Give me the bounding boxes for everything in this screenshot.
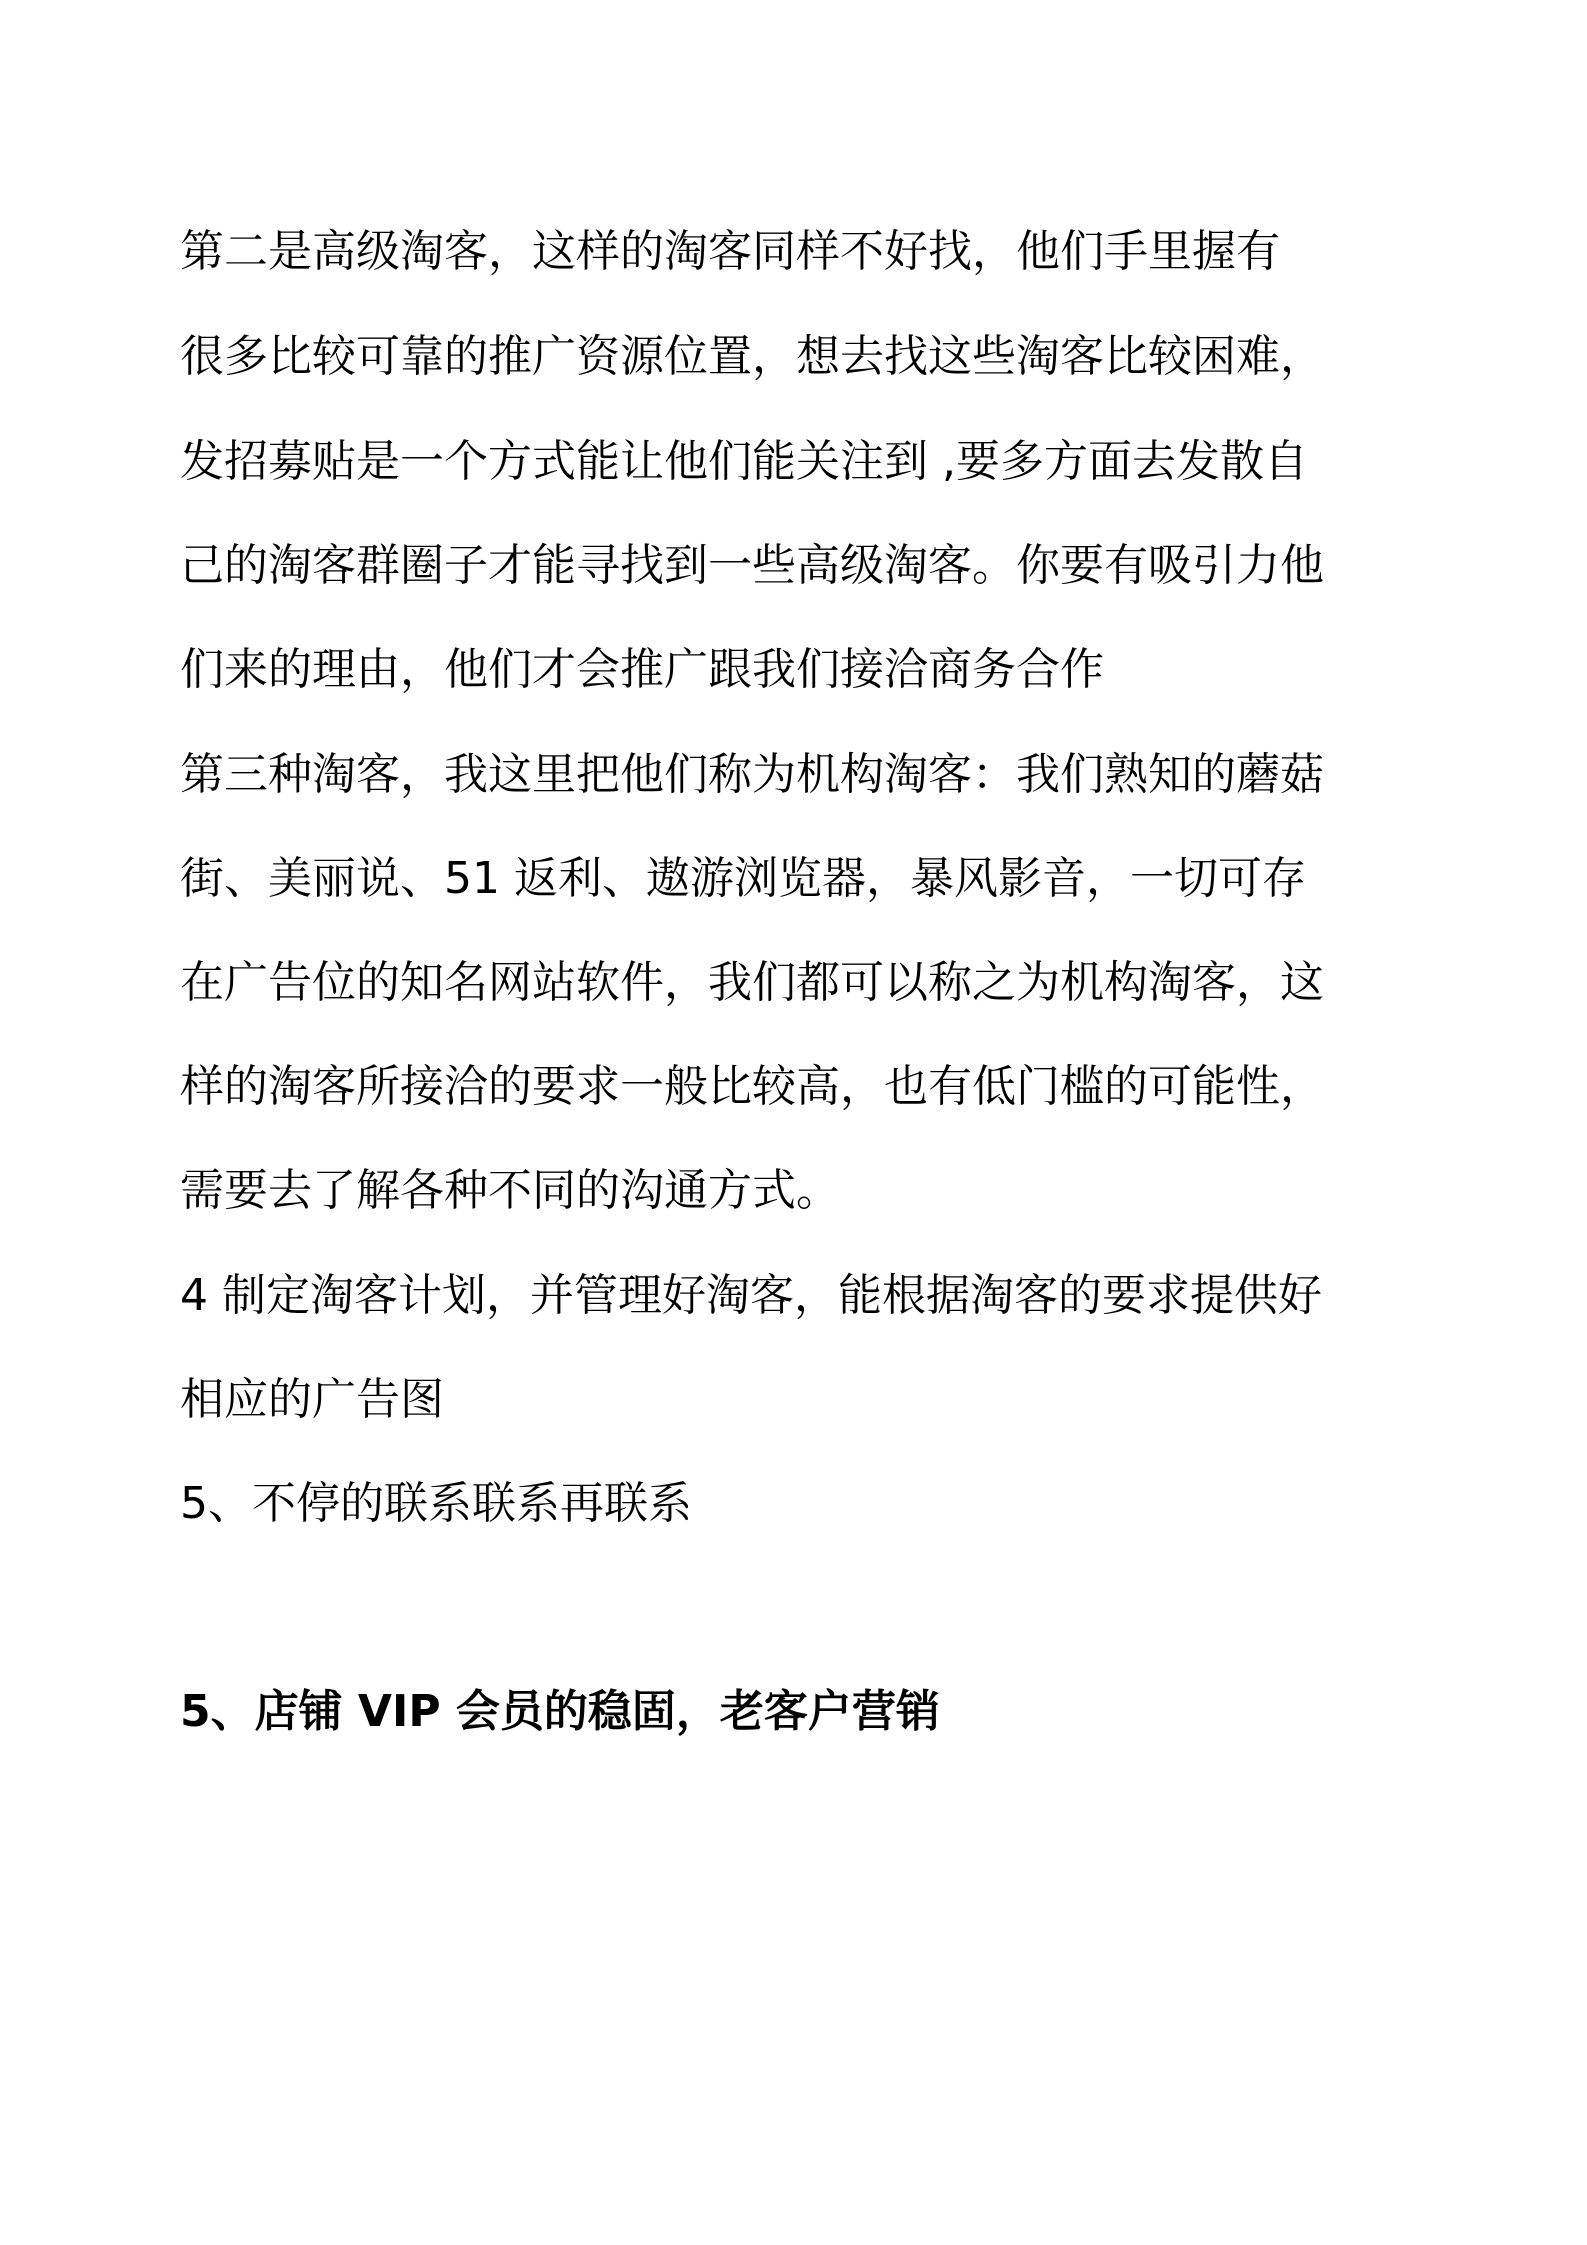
paragraph-line: 5、不停的联系联系再联系 <box>180 1474 1420 1534</box>
paragraph-line: 很多比较可靠的推广资源位置，想去找这些淘客比较困难， <box>180 327 1420 387</box>
paragraph-line: 街、美丽说、51 返利、遨游浏览器，暴风影音，一切可存 <box>180 849 1420 909</box>
paragraph-line: 们来的理由，他们才会推广跟我们接洽商务合作 <box>180 640 1420 700</box>
paragraph-line: 第三种淘客，我这里把他们称为机构淘客：我们熟知的蘑菇 <box>180 745 1420 805</box>
paragraph-line: 相应的广告图 <box>180 1370 1420 1430</box>
paragraph-line: 发招募贴是一个方式能让他们能关注到 ,要多方面去发散自 <box>180 432 1420 492</box>
paragraph-line: 4 制定淘客计划，并管理好淘客，能根据淘客的要求提供好 <box>180 1266 1420 1326</box>
paragraph-line: 样的淘客所接洽的要求一般比较高，也有低门槛的可能性， <box>180 1057 1420 1117</box>
section-heading: 5、店铺 VIP 会员的稳固，老客户营销 <box>180 1682 1420 1742</box>
paragraph-line: 需要去了解各种不同的沟通方式。 <box>180 1161 1420 1221</box>
document-page: 第二是高级淘客，这样的淘客同样不好找，他们手里握有 很多比较可靠的推广资源位置，… <box>0 0 1587 2245</box>
paragraph-line: 第二是高级淘客，这样的淘客同样不好找，他们手里握有 <box>180 222 1420 282</box>
paragraph-line: 己的淘客群圈子才能寻找到一些高级淘客。你要有吸引力他 <box>180 536 1420 596</box>
paragraph-line: 在广告位的知名网站软件，我们都可以称之为机构淘客，这 <box>180 953 1420 1013</box>
